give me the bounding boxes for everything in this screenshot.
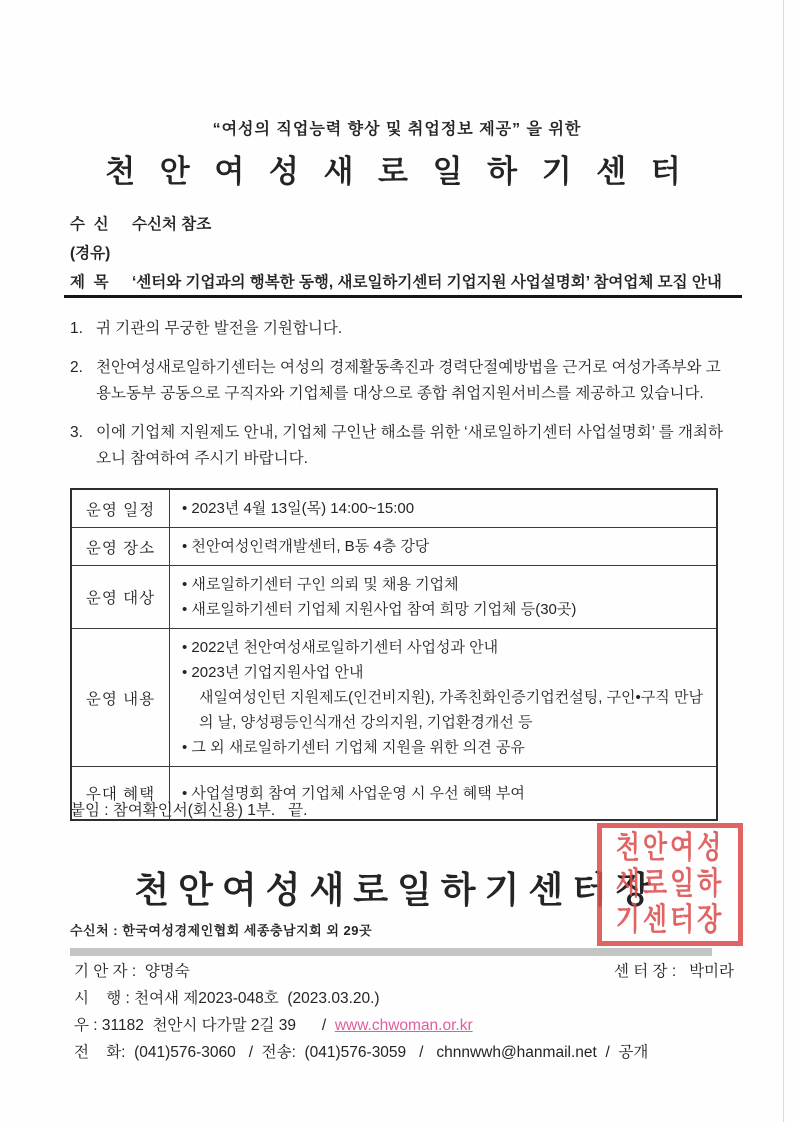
table-line-continuation: 새일여성인턴 지원제도(인건비지원), 가족친화인증기업컨설팅, 구인•구직 만… (182, 685, 704, 735)
subject-row: 제 목 ‘센터와 기업과의 행복한 동행, 새로일하기센터 기업지원 사업설명회… (70, 273, 730, 293)
attachment-note: 붙임 : 참여확인서(회신용) 1부. 끝. (70, 798, 307, 820)
document-page: “여성의 직업능력 향상 및 취업정보 제공” 을 위한 천 안 여 성 새 로… (0, 0, 794, 1122)
address-text: 우 : 31182 천안시 다가말 2길 39 / (74, 1016, 335, 1035)
subject-value: ‘센터와 기업과의 행복한 동행, 새로일하기센터 기업지원 사업설명회’ 참여… (132, 273, 730, 293)
paragraph-3: 3. 이에 기업체 지원제도 안내, 기업체 구인난 해소를 위한 ‘새로일하기… (70, 420, 732, 472)
email-text: chnnwwh@hanmail.net (436, 1043, 597, 1062)
to-label: 수 신 (70, 215, 132, 235)
row-label: 운영 대상 (72, 566, 170, 628)
recipient-block: 수 신 수신처 참조 (경유) 제 목 ‘센터와 기업과의 행복한 동행, 새로… (70, 215, 730, 302)
drafter-name: 양명숙 (145, 962, 190, 981)
official-seal-stamp: 천안여성 새로일하 기센터장 (597, 823, 743, 946)
via-label: (경유) (70, 244, 110, 264)
table-row-target: 운영 대상 • 새로일하기센터 구인 의뢰 및 채용 기업체 • 새로일하기센터… (72, 566, 716, 629)
phone-fax-text: 전 화: (041)576-3060 / 전송: (041)576-3059 / (74, 1043, 436, 1062)
row-content: • 2022년 천안여성새로일하기센터 사업성과 안내 • 2023년 기업지원… (170, 629, 716, 766)
website-link[interactable]: www.chwoman.or.kr (335, 1016, 473, 1035)
row-content: • 2023년 4월 13일(목) 14:00~15:00 (170, 490, 716, 527)
footer-divider-bar (70, 948, 712, 956)
paragraph-text: 천안여성새로일하기센터는 여성의 경제활동촉진과 경력단절예방법을 근거로 여성… (96, 355, 732, 407)
document-subtitle: “여성의 직업능력 향상 및 취업정보 제공” 을 위한 (0, 116, 794, 139)
footer-address-row: 우 : 31182 천안시 다가말 2길 39 / www.chwoman.or… (74, 1016, 734, 1035)
disclosure-text: / 공개 (597, 1043, 648, 1062)
subject-label: 제 목 (70, 273, 132, 293)
footer-block: 기 안 자 : 양명숙 센 터 장 : 박미라 시 행 : 천여새 제2023-… (74, 962, 734, 1070)
drafter-label: 기 안 자 : (74, 962, 145, 981)
table-line: • 2022년 천안여성새로일하기센터 사업성과 안내 (182, 635, 704, 660)
cc-recipients-line: 수신처 : 한국여성경제인협회 세종충남지회 외 29곳 (70, 920, 372, 939)
paragraph-text: 귀 기관의 무궁한 발전을 기원합니다. (96, 316, 732, 342)
table-row-venue: 운영 장소 • 천안여성인력개발센터, B동 4층 강당 (72, 528, 716, 566)
organization-title: 천 안 여 성 새 로 일 하 기 센 터 (0, 146, 794, 191)
seal-text-row: 천안여성 (604, 833, 736, 864)
row-content: • 천안여성인력개발센터, B동 4층 강당 (170, 528, 716, 565)
paragraph-1: 1. 귀 기관의 무궁한 발전을 기원합니다. (70, 316, 732, 342)
paragraph-number: 3. (70, 420, 96, 472)
doc-number-text: 시 행 : 천여새 제2023-048호 (2023.03.20.) (74, 989, 380, 1008)
table-line: • 2023년 기업지원사업 안내 (182, 660, 704, 685)
table-line: • 그 외 새로일하기센터 기업체 지원을 위한 의견 공유 (182, 735, 704, 760)
paragraph-number: 1. (70, 316, 96, 342)
footer-doc-number-row: 시 행 : 천여새 제2023-048호 (2023.03.20.) (74, 989, 734, 1008)
row-label: 운영 장소 (72, 528, 170, 565)
paragraph-number: 2. (70, 355, 96, 407)
footer-contact-row: 전 화: (041)576-3060 / 전송: (041)576-3059 /… (74, 1043, 734, 1062)
seal-text-row: 새로일하 (604, 869, 736, 900)
director-label: 센 터 장 : (614, 962, 689, 981)
row-label: 운영 일정 (72, 490, 170, 527)
footer-names-row: 기 안 자 : 양명숙 센 터 장 : 박미라 (74, 962, 734, 981)
table-line: • 천안여성인력개발센터, B동 4층 강당 (182, 534, 704, 559)
row-label: 운영 내용 (72, 629, 170, 766)
to-value: 수신처 참조 (132, 215, 211, 235)
header-divider-rule (64, 295, 742, 298)
footer-spacer (190, 962, 614, 981)
table-row-contents: 운영 내용 • 2022년 천안여성새로일하기센터 사업성과 안내 • 2023… (72, 629, 716, 767)
table-row-schedule: 운영 일정 • 2023년 4월 13일(목) 14:00~15:00 (72, 490, 716, 528)
table-line: • 2023년 4월 13일(목) 14:00~15:00 (182, 496, 704, 521)
table-line: • 새로일하기센터 구인 의뢰 및 채용 기업체 (182, 572, 704, 597)
director-name: 박미라 (689, 962, 734, 981)
recipient-to-row: 수 신 수신처 참조 (70, 215, 730, 235)
paragraph-2: 2. 천안여성새로일하기센터는 여성의 경제활동촉진과 경력단절예방법을 근거로… (70, 355, 732, 407)
row-content: • 새로일하기센터 구인 의뢰 및 채용 기업체 • 새로일하기센터 기업체 지… (170, 566, 716, 628)
via-row: (경유) (70, 244, 730, 264)
event-info-table: 운영 일정 • 2023년 4월 13일(목) 14:00~15:00 운영 장… (70, 488, 718, 821)
body-paragraphs: 1. 귀 기관의 무궁한 발전을 기원합니다. 2. 천안여성새로일하기센터는 … (70, 316, 732, 485)
table-line: • 새로일하기센터 기업체 지원사업 참여 희망 기업체 등(30곳) (182, 597, 704, 622)
seal-text-row: 기센터장 (604, 905, 736, 936)
paragraph-text: 이에 기업체 지원제도 안내, 기업체 구인난 해소를 위한 ‘새로일하기센터 … (96, 420, 732, 472)
